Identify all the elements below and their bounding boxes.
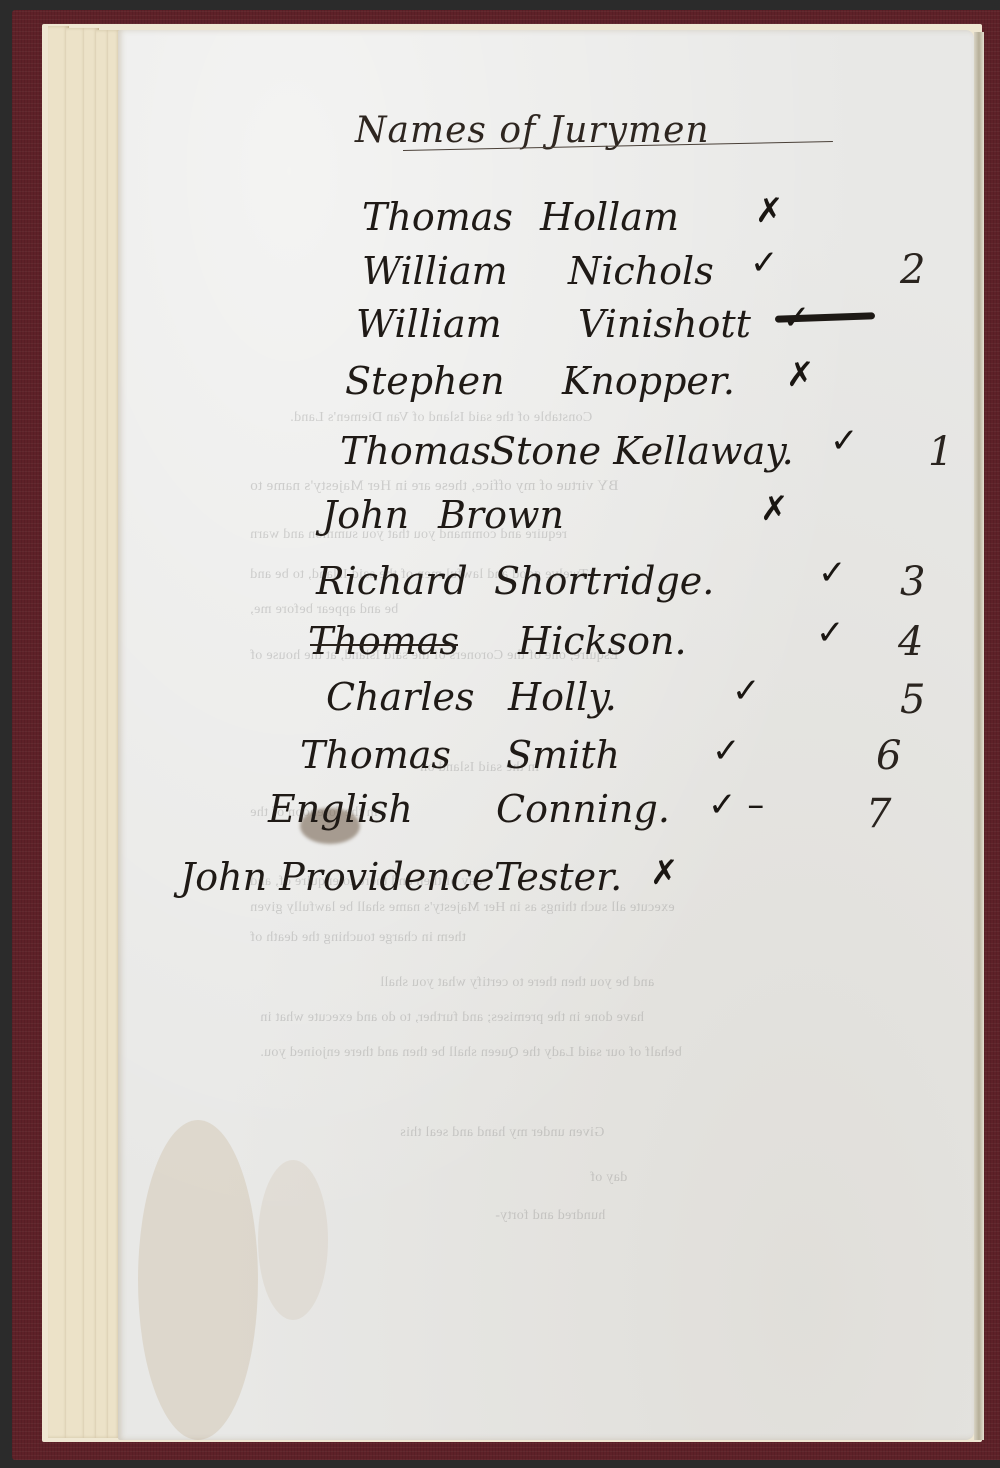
- showthrough-line: hundred and forty-: [495, 1208, 605, 1224]
- juror-surname: Shortridge.: [494, 562, 714, 600]
- juror-first-name: William: [356, 305, 502, 343]
- showthrough-line: execute all such things as in Her Majest…: [250, 900, 675, 916]
- juror-first-name: Thomas: [308, 622, 459, 660]
- juror-surname: Holly.: [508, 678, 617, 716]
- showthrough-line: be and appear before me,: [250, 602, 398, 618]
- check-mark-icon: ✓: [712, 734, 741, 768]
- juror-surname: Stone Kellaway.: [490, 432, 794, 470]
- cross-mark-icon: ✗: [760, 492, 789, 526]
- water-stain: [258, 1160, 328, 1320]
- juror-surname: Conning.: [496, 790, 670, 828]
- check-mark-icon: ✓: [818, 556, 847, 590]
- juror-surname: Hickson.: [518, 622, 687, 660]
- juror-first-name: William: [362, 252, 508, 290]
- juror-surname: Tester.: [494, 858, 622, 896]
- page-gutter-edge: [974, 32, 984, 1440]
- juror-first-name: Thomas: [362, 198, 513, 236]
- showthrough-line: and be you then there to certify what yo…: [380, 975, 654, 991]
- showthrough-line: them in charge touching the death of: [250, 930, 466, 946]
- showthrough-line: day of: [590, 1170, 627, 1186]
- juror-number: 4: [898, 622, 923, 662]
- juror-first-name: Stephen: [345, 362, 505, 400]
- water-stain: [138, 1120, 258, 1440]
- check-mark-icon: ✓: [750, 246, 779, 280]
- juror-surname: Hollam: [540, 198, 679, 236]
- check-mark-icon: ✓: [732, 674, 761, 708]
- juror-first-name: John: [322, 496, 409, 534]
- juror-number: 3: [900, 562, 925, 602]
- cross-mark-icon: ✗: [650, 856, 679, 890]
- cross-mark-icon: ✗: [755, 194, 784, 228]
- showthrough-line: have done in the premises; and further, …: [260, 1010, 644, 1026]
- juror-number: 2: [900, 250, 925, 290]
- juror-surname: Nichols: [568, 252, 714, 290]
- check-mark-icon: ✓: [816, 616, 845, 650]
- juror-number: 1: [928, 432, 953, 472]
- juror-number: 6: [876, 736, 901, 776]
- check-mark-icon: ✓ –: [708, 788, 764, 822]
- showthrough-line: behalf of our said Lady the Queen shall …: [260, 1045, 682, 1061]
- juror-first-name: Richard: [316, 562, 468, 600]
- juror-surname: Knopper.: [562, 362, 735, 400]
- cross-mark-icon: ✗: [786, 358, 815, 392]
- juror-surname: Vinishott: [578, 305, 751, 343]
- juror-number: 7: [866, 794, 891, 834]
- juror-first-name: English: [268, 790, 413, 828]
- showthrough-line: Constable of the said Island of Van Diem…: [290, 410, 592, 426]
- check-mark-icon: ✓: [830, 424, 859, 458]
- name-strikethrough: [310, 644, 458, 646]
- juror-surname: Smith: [506, 736, 620, 774]
- showthrough-line: Given under my hand and seal this: [400, 1125, 604, 1141]
- juror-first-name: Charles: [326, 678, 475, 716]
- juror-surname: Brown: [438, 496, 564, 534]
- juror-first-name: Thomas: [340, 432, 491, 470]
- juror-first-name: John Providence: [180, 858, 494, 896]
- juror-number: 5: [900, 680, 925, 720]
- juror-first-name: Thomas: [300, 736, 451, 774]
